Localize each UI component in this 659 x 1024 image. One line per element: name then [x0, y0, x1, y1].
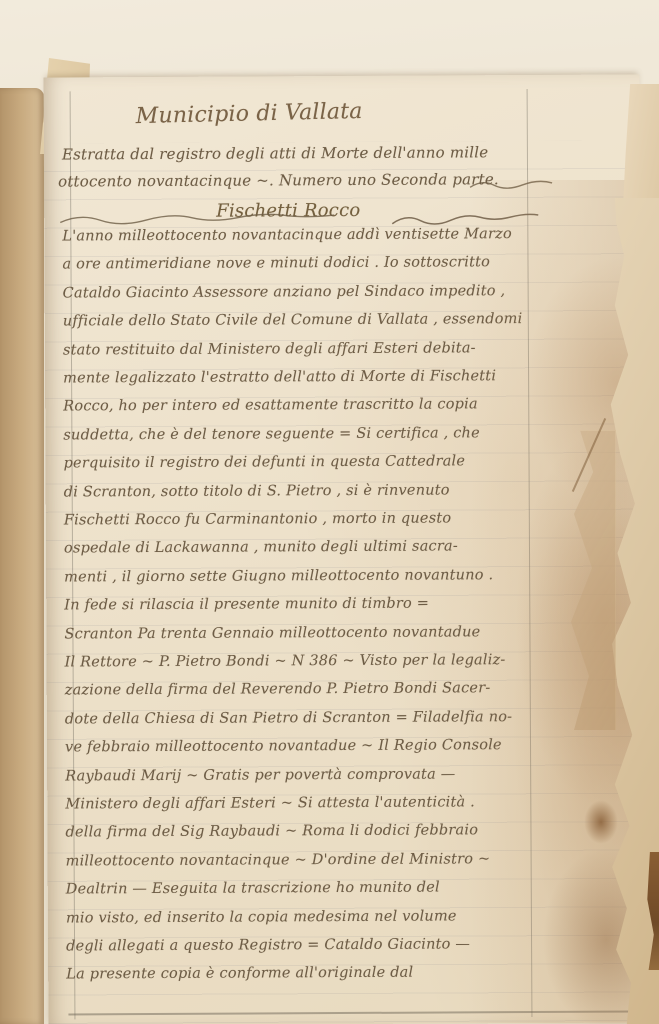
manuscript-line: Ministero degli affari Esteri ~ Si attes… — [65, 795, 475, 812]
manuscript-line: menti , il giorno sette Giugno milleotto… — [64, 568, 493, 585]
manuscript-line: ufficiale dello Stato Civile del Comune … — [63, 312, 523, 329]
manuscript-line: zazione della firma del Reverendo P. Pie… — [65, 681, 491, 698]
manuscript-line: ospedale di Lackawanna , munito degli ul… — [64, 539, 458, 556]
manuscript-line: Rocco, ho per intero ed esattamente tras… — [63, 397, 478, 414]
manuscript-line: Il Rettore ~ P. Pietro Bondi ~ N 386 ~ V… — [65, 653, 506, 670]
manuscript-line: perquisito il registro dei defunti in qu… — [64, 454, 466, 471]
manuscript-line: degli allegati a questo Registro = Catal… — [66, 937, 470, 954]
manuscript-line: Dealtrin — Eseguita la trascrizione ho m… — [66, 881, 440, 897]
manuscript-line: stato restituito dal Ministero degli aff… — [63, 341, 476, 358]
manuscript-line: della firma del Sig Raybaudi ~ Roma li d… — [65, 823, 478, 840]
manuscript-line: suddetta, che è del tenore seguente = Si… — [63, 426, 480, 443]
header-line: ottocento novantacinque ~. Numero uno Se… — [58, 172, 499, 189]
book-spine-edge — [0, 88, 44, 1024]
header-line: Estratta dal registro degli atti di Mort… — [62, 145, 488, 162]
manuscript-line: Cataldo Giacinto Assessore anziano pel S… — [63, 284, 506, 301]
manuscript-line: L'anno milleottocento novantacinque addì… — [62, 227, 512, 244]
flourish-icon — [58, 212, 338, 227]
manuscript-line: Scranton Pa trenta Gennaio milleottocent… — [64, 625, 480, 642]
manuscript-line: mio visto, ed inserito la copia medesima… — [66, 909, 457, 926]
manuscript-line: La presente copia è conforme all'origina… — [66, 966, 413, 982]
manuscript-line: a ore antimeridiane nove e minuti dodici… — [62, 255, 490, 272]
manuscript-line: di Scranton, sotto titolo di S. Pietro ,… — [64, 483, 450, 500]
page-title: Municipio di Vallata — [135, 101, 362, 128]
manuscript-line: Fischetti Rocco fu Carminantonio , morto… — [64, 511, 452, 528]
stain-blob — [584, 800, 618, 844]
manuscript-line: Raybaudi Marij ~ Gratis per povertà comp… — [65, 767, 455, 784]
manuscript-line: mente legalizzato l'estratto dell'atto d… — [63, 369, 496, 386]
manuscript-line: ve febbraio milleottocento novantadue ~ … — [65, 738, 502, 755]
manuscript-line: milleottocento novantacinque ~ D'ordine … — [66, 852, 491, 869]
register-photo: Municipio di Vallata Estratta dal regist… — [0, 0, 659, 1024]
manuscript-line: In fede si rilascia il presente munito d… — [64, 597, 429, 613]
manuscript-line: dote della Chiesa di San Pietro di Scran… — [65, 710, 512, 727]
